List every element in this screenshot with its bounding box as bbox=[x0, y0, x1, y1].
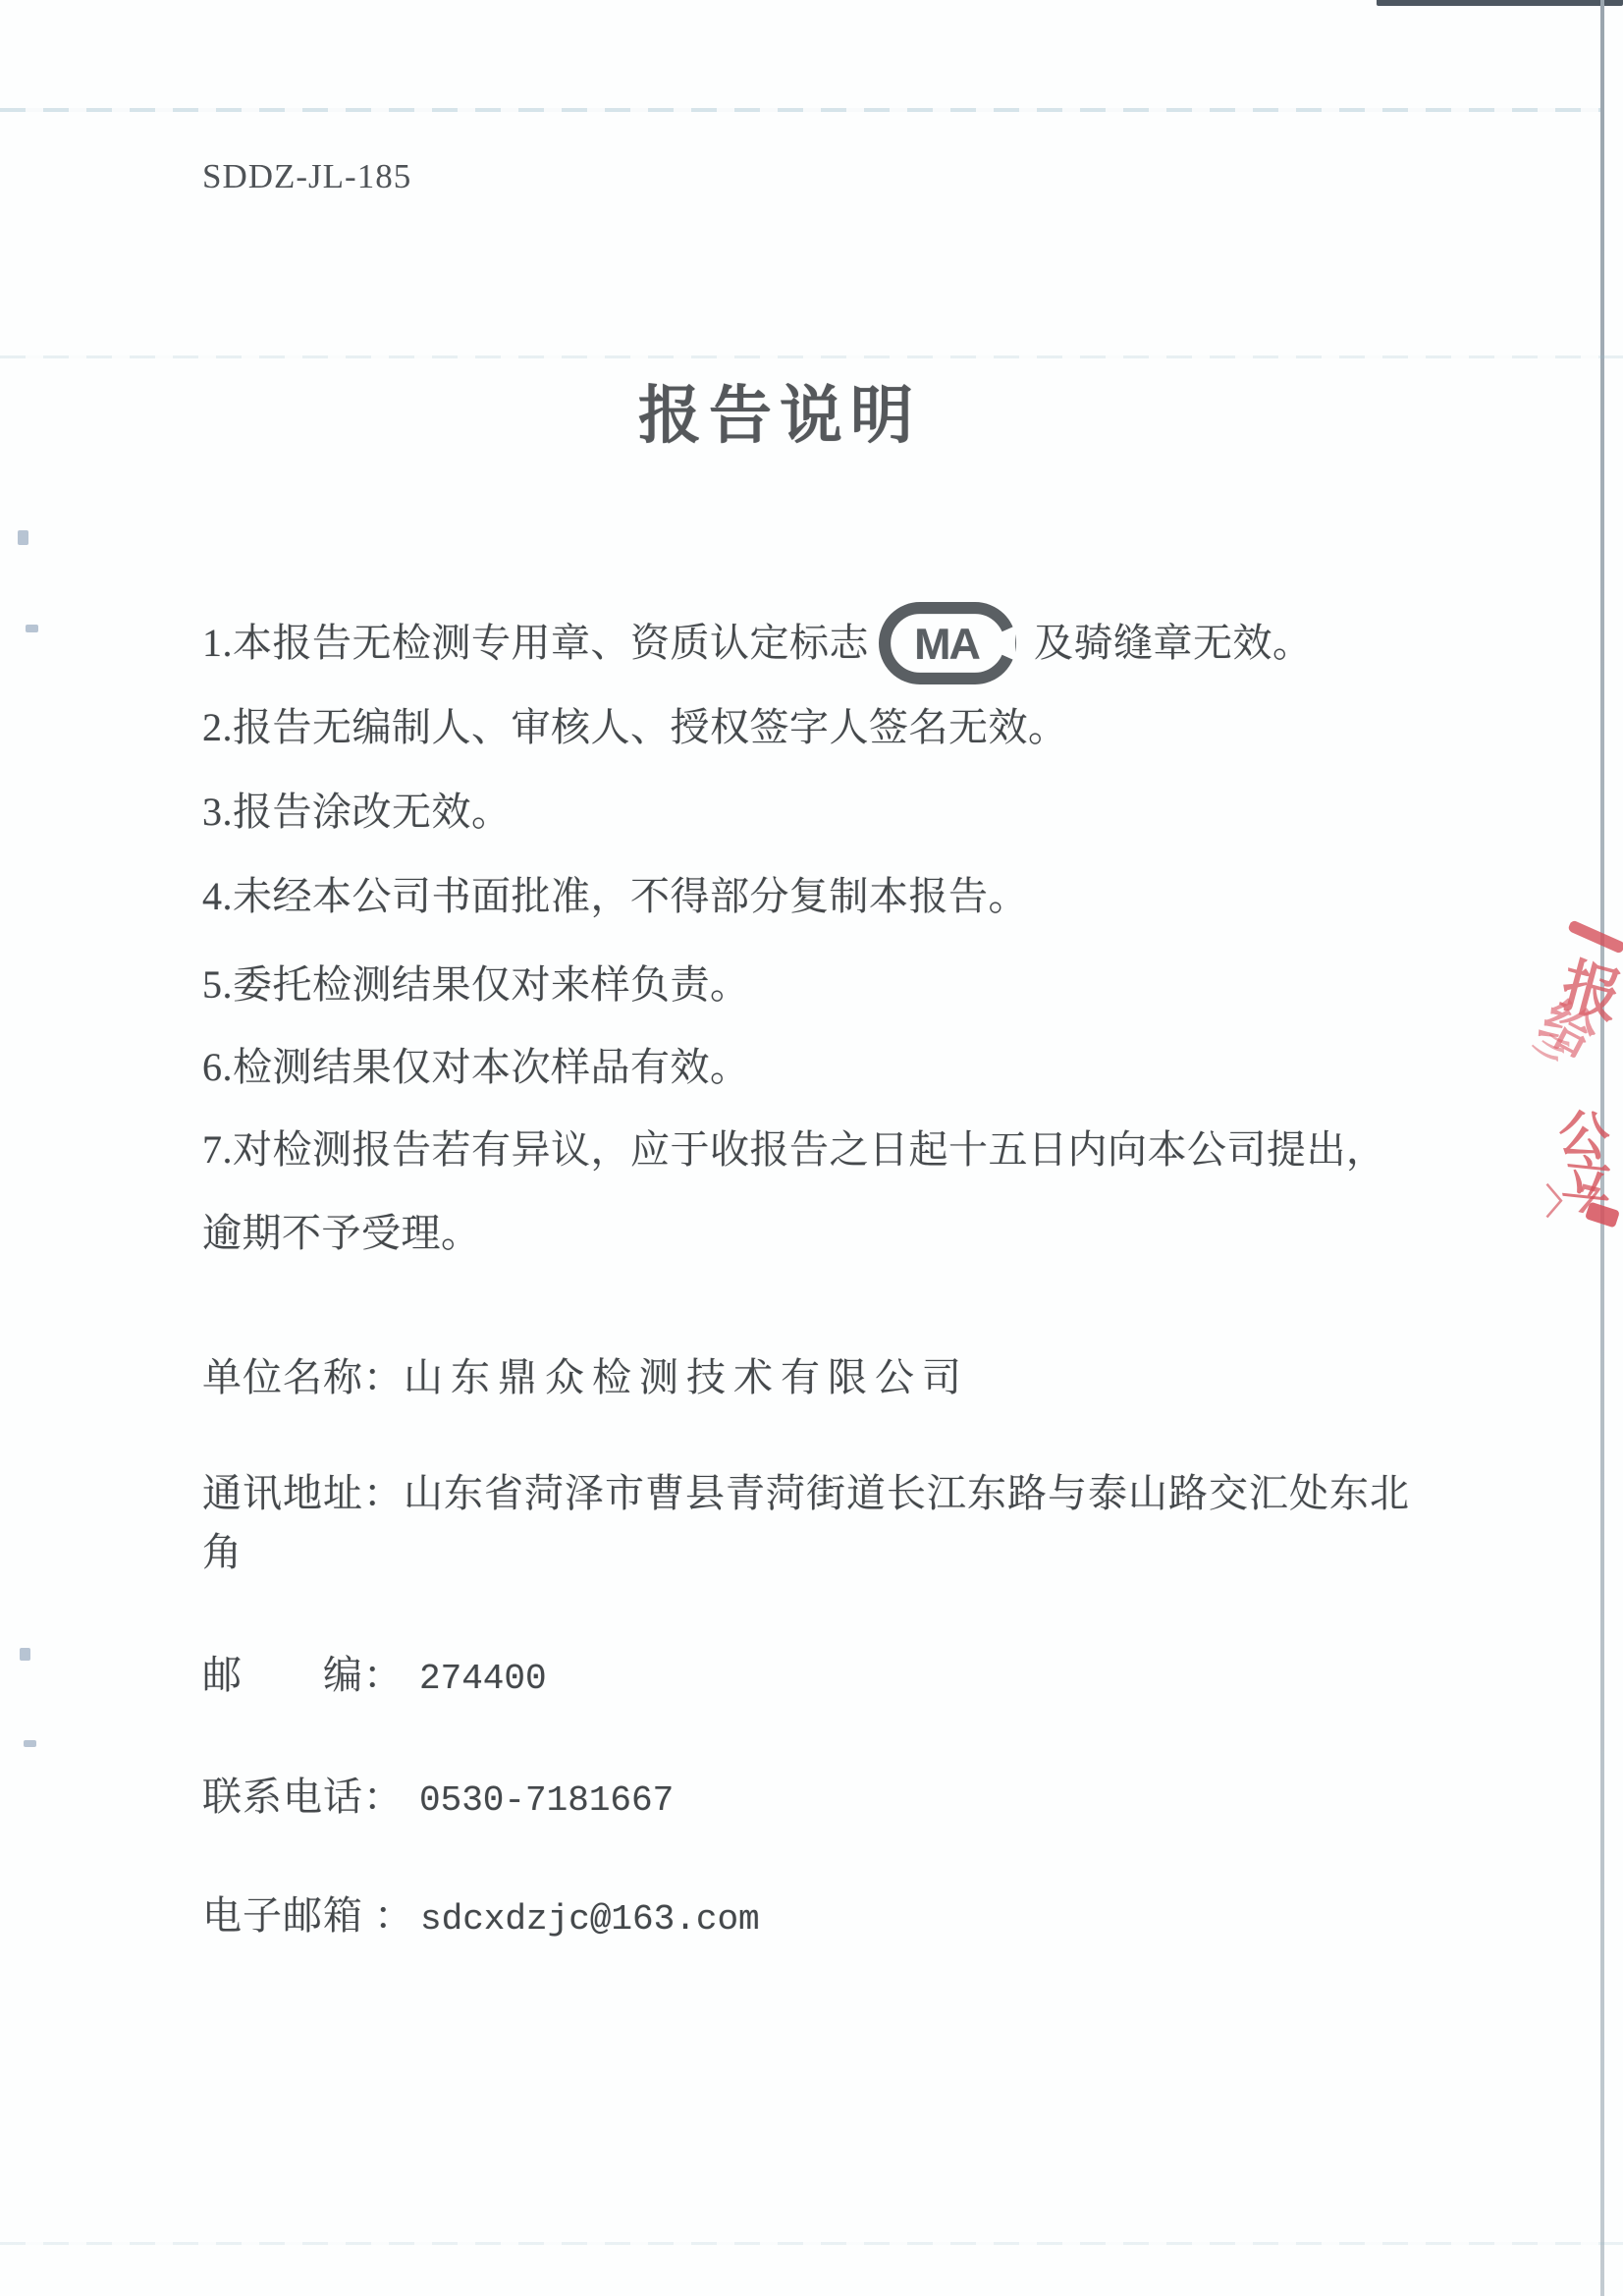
cma-logo-icon: MA bbox=[879, 602, 1016, 684]
note-item-3: 3.报告涂改无效。 bbox=[202, 786, 512, 839]
scan-streak bbox=[0, 108, 1600, 112]
note-item-1-text-pre: 1.本报告无检测专用章、资质认定标志 bbox=[202, 599, 869, 687]
stamp-fragment-char: 给 bbox=[1529, 980, 1611, 1071]
stamp-fragment-mark: 〉 bbox=[1545, 1175, 1581, 1225]
stamp-fragment-char: 公 bbox=[1554, 1091, 1615, 1172]
email-label: 电子邮箱 ： bbox=[202, 1893, 414, 1938]
note-item-4: 4.未经本公司书面批准，不得部分复制本报告。 bbox=[202, 870, 1028, 923]
company-name-row: 单位名称：山东鼎众检测技术有限公司 bbox=[202, 1350, 969, 1405]
address-value-line2: 角 bbox=[202, 1530, 243, 1574]
phone-row: 联系电话：0530-7181667 bbox=[202, 1770, 674, 1829]
scan-streak bbox=[0, 2242, 1623, 2245]
note-item-7-line1: 7.对检测报告若有异议，应于收报告之日起十五日内向本公司提出， bbox=[202, 1123, 1386, 1176]
note-item-2: 2.报告无编制人、审核人、授权签字人签名无效。 bbox=[202, 701, 1068, 754]
address-label: 通讯地址： bbox=[202, 1471, 404, 1515]
stamp-fragment-mark: 7 bbox=[1571, 1173, 1604, 1227]
scan-speck bbox=[20, 1648, 30, 1661]
document-code: SDDZ-JL-185 bbox=[202, 157, 411, 196]
note-item-1-text-post: 及骑缝章无效。 bbox=[1034, 599, 1313, 687]
note-item-1: 1.本报告无检测专用章、资质认定标志 MA 及骑缝章无效。 bbox=[202, 599, 1313, 687]
company-name-value: 山东鼎众检测技术有限公司 bbox=[404, 1355, 969, 1399]
scan-speck bbox=[24, 1740, 36, 1747]
scan-edge-top-bar bbox=[1377, 0, 1623, 6]
email-value: sdcxdzjc@163.com bbox=[420, 1899, 760, 1940]
scan-speck bbox=[26, 625, 38, 632]
stamp-fragment-char: 立 bbox=[1559, 1139, 1615, 1215]
stamp-fragment-stroke bbox=[1567, 919, 1623, 954]
phone-value: 0530-7181667 bbox=[419, 1780, 674, 1821]
stamp-fragment-dashes: 彡 bbox=[1523, 1017, 1584, 1075]
note-item-7-line2: 逾期不予受理。 bbox=[202, 1207, 481, 1260]
stamp-fragment-char: 报 bbox=[1553, 939, 1623, 1036]
scan-edge-right-line bbox=[1600, 0, 1604, 2296]
note-item-5: 5.委托检测结果仅对来样负责。 bbox=[202, 958, 750, 1011]
scanned-report-page: SDDZ-JL-185 报告说明 1.本报告无检测专用章、资质认定标志 MA 及… bbox=[0, 0, 1623, 2296]
address-value-line1: 山东省菏泽市曹县青菏街道长江东路与泰山路交汇处东北 bbox=[404, 1471, 1410, 1515]
email-row: 电子邮箱 ：sdcxdzjc@163.com bbox=[202, 1888, 760, 1947]
address-row-line1: 通讯地址：山东省菏泽市曹县青菏街道长江东路与泰山路交汇处东北 bbox=[202, 1466, 1410, 1521]
address-row-line2: 角 bbox=[202, 1525, 243, 1580]
postal-code-row: 邮 编：274400 bbox=[202, 1648, 547, 1707]
note-item-6: 6.检测结果仅对本次样品有效。 bbox=[202, 1041, 750, 1094]
scan-speck bbox=[18, 530, 28, 545]
company-name-label: 单位名称： bbox=[202, 1355, 404, 1399]
page-title: 报告说明 bbox=[638, 365, 921, 456]
postal-code-value: 274400 bbox=[419, 1659, 547, 1699]
cma-logo-letters: MA bbox=[914, 620, 980, 669]
postal-code-label: 邮 编： bbox=[202, 1653, 404, 1697]
scan-streak bbox=[0, 355, 1623, 358]
phone-label: 联系电话： bbox=[202, 1775, 404, 1819]
